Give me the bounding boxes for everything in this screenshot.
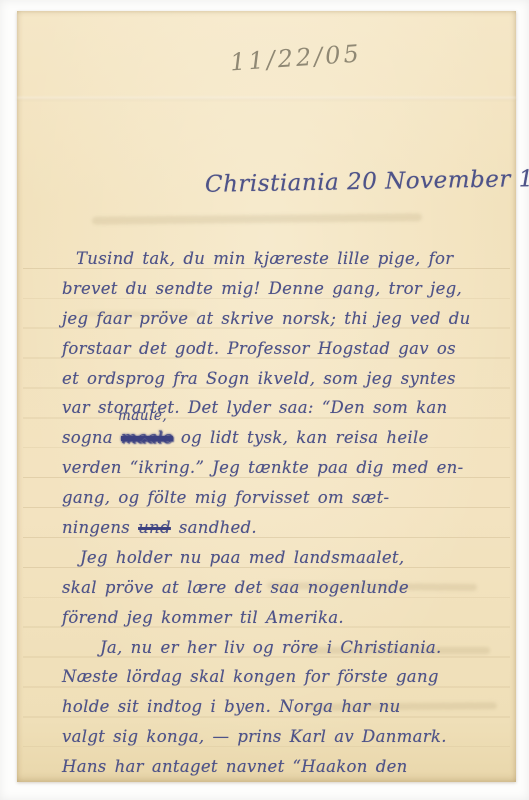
letter-paper: 11/22/05 Christiania 20 November 1905. T… — [17, 11, 516, 782]
handwritten-line: et ordsprog fra Sogn ikveld, som jeg syn… — [62, 364, 522, 394]
letter-photograph: 11/22/05 Christiania 20 November 1905. T… — [0, 0, 529, 800]
handwritten-line: holde sit indtog i byen. Norga har nu — [62, 692, 522, 722]
handwritten-line: Hans har antaget navnet “Haakon den — [62, 752, 522, 782]
handwritten-line: valgt sig konga, — prins Karl av Danmark… — [62, 722, 522, 752]
struck-word: und — [138, 518, 171, 537]
handwritten-line: brevet du sendte mig! Denne gang, tror j… — [62, 274, 522, 304]
inserted-word-above-line: maule, — [118, 410, 167, 423]
handwritten-line: Ja, nu er her liv og röre i Christiania. — [62, 633, 522, 663]
handwritten-line: Jeg holder nu paa med landsmaalet, — [62, 543, 522, 573]
line-text: og lidt tysk, kan reisa heile — [173, 428, 429, 447]
handwritten-line: förend jeg kommer til Amerika. — [62, 603, 522, 633]
handwritten-line: gang, og fölte mig forvisset om sæt- — [62, 483, 522, 513]
line-text: sogna — [62, 428, 121, 447]
paper-crease — [17, 97, 516, 100]
handwritten-line: Tusind tak, du min kjæreste lille pige, … — [62, 244, 522, 274]
insertion-caret: ^ — [140, 438, 150, 448]
dateline: Christiania 20 November 1905. — [205, 166, 525, 198]
line-text: sandhed. — [171, 518, 257, 537]
handwritten-line: Næste lördag skal kongen for förste gang — [62, 662, 522, 692]
handwritten-line: verden “ikring.” Jeg tænkte paa dig med … — [62, 453, 522, 483]
handwritten-line-with-correction: ningens und sandhed. — [62, 513, 522, 543]
pencil-date-annotation: 11/22/05 — [229, 37, 391, 76]
line-text: ningens — [62, 518, 138, 537]
handwritten-line: forstaar det godt. Professor Hogstad gav… — [62, 334, 522, 364]
ink-bleed-through — [92, 213, 422, 224]
handwritten-line: jeg faar pröve at skrive norsk; thi jeg … — [62, 304, 522, 334]
handwritten-line: skal pröve at lære det saa nogenlunde — [62, 573, 522, 603]
letter-body: Tusind tak, du min kjæreste lille pige, … — [62, 244, 522, 782]
handwritten-line-with-correction: sogna maale og lidt tysk, kan reisa heil… — [62, 423, 522, 453]
